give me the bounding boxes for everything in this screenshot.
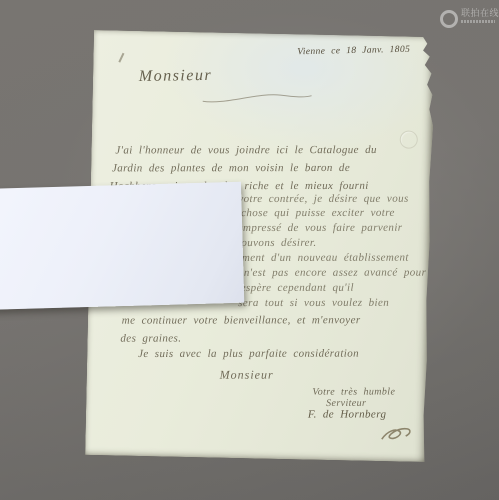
letter-salutation: Monsieur: [139, 70, 212, 83]
letter-line: sera tout si vous voulez bien: [238, 297, 389, 309]
watermark: 联拍在线: [440, 9, 496, 33]
letter-line: empressé de vous faire parvenir: [238, 222, 403, 234]
watermark-ring-icon: [440, 10, 458, 28]
letter-line: votre contrée, je désire que vous: [238, 193, 408, 205]
letter-line: J'ai l'honneur de vous joindre ici le Ca…: [115, 144, 377, 156]
signature-line: F. de Hornberg: [308, 408, 387, 420]
signature-line: Votre très humble: [312, 387, 395, 399]
letter-line: lement d'un nouveau établissement: [233, 252, 409, 264]
watermark-text: 联拍在线: [461, 9, 499, 19]
letter-line: Jardin des plantes de mon voisin le baro…: [112, 162, 350, 174]
letter-line: chose qui puisse exciter votre: [241, 207, 395, 219]
signature-paraph-icon: [379, 424, 414, 446]
watermark-text-block: 联拍在线: [461, 9, 499, 23]
letter-line: Je suis avec la plus parfaite considérat…: [138, 348, 359, 360]
embossed-stamp: [400, 130, 418, 148]
paper-slip: [0, 182, 244, 310]
stray-ink-mark: [118, 53, 124, 63]
closing-salutation: Monsieur: [220, 369, 274, 381]
letter-line: pouvons désirer.: [235, 237, 316, 249]
letter-line: j'espère cependant qu'il: [234, 282, 354, 294]
letter-dateline: Vienne ce 18 Janv. 1805: [297, 44, 410, 59]
watermark-subtext-bar: [461, 20, 495, 23]
salutation-flourish-icon: [203, 91, 313, 107]
letter-line: me continuer votre bienveillance, et m'e…: [122, 314, 361, 326]
letter-line: des graines.: [120, 333, 181, 345]
letter-line: il n'est pas encore assez avancé pour: [231, 267, 426, 279]
